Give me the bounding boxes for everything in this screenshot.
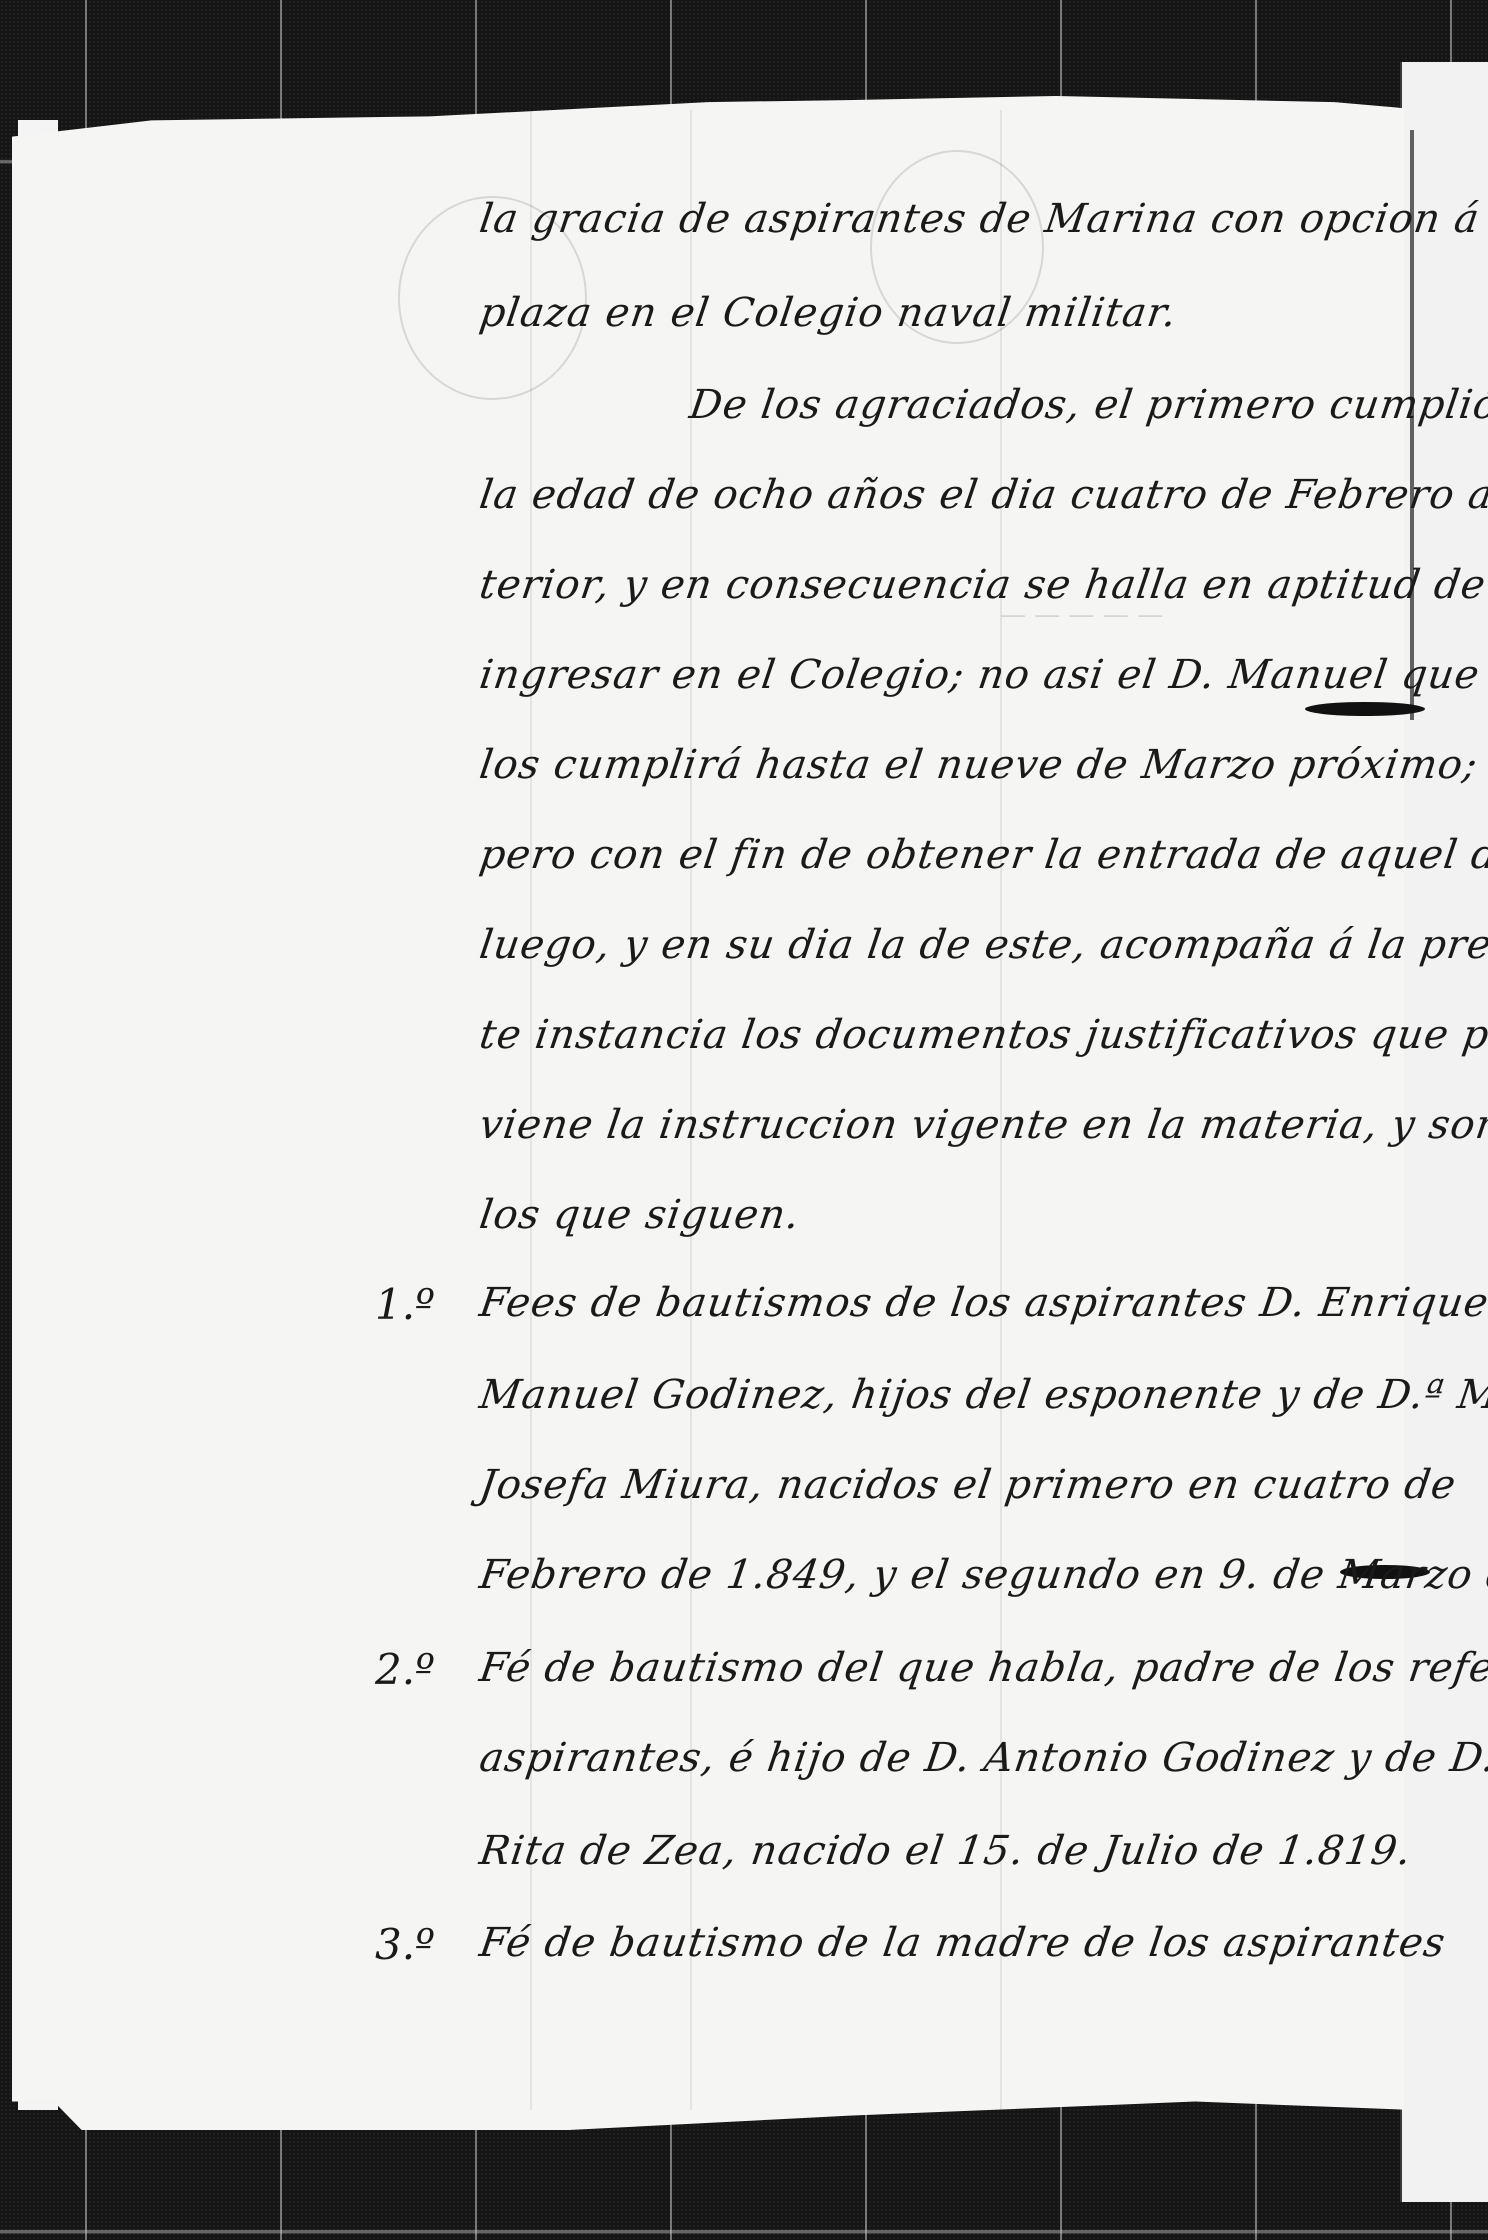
text-line: viene la instruccion vigente en la mater… [477, 1102, 1383, 1148]
item-number: 1.º [375, 1280, 435, 1329]
text-line: la gracia de aspirantes de Marina con op… [477, 196, 1383, 242]
text-line: los que siguen. [477, 1192, 1383, 1238]
text-line: la edad de ocho años el dia cuatro de Fe… [477, 472, 1383, 518]
text-line: Febrero de 1.849, y el segundo en 9. de … [477, 1552, 1383, 1598]
paper-tear [1305, 702, 1425, 716]
paragraph-start-line: De los agraciados, el primero cumplió [687, 382, 1488, 428]
text-line: Rita de Zea, nacido el 15. de Julio de 1… [477, 1828, 1383, 1874]
text-line: pero con el fin de obtener la entrada de… [477, 832, 1383, 878]
text-line: terior, y en consecuencia se halla en ap… [477, 562, 1383, 608]
text-line: Fees de bautismos de los aspirantes D. E… [477, 1280, 1383, 1326]
text-line: te instancia los documentos justificativ… [477, 1012, 1383, 1058]
text-line: plaza en el Colegio naval militar. [477, 290, 1383, 336]
text-line: Fé de bautismo de la madre de los aspira… [477, 1920, 1383, 1966]
item-number: 3.º [375, 1920, 435, 1969]
text-line: Manuel Godinez, hijos del esponente y de… [477, 1372, 1383, 1418]
text-line: ingresar en el Colegio; no asi el D. Man… [477, 652, 1383, 698]
text-line: luego, y en su dia la de este, acompaña … [477, 922, 1383, 968]
text-line: Josefa Miura, nacidos el primero en cuat… [477, 1462, 1383, 1508]
text-line: Fé de bautismo del que habla, padre de l… [477, 1645, 1383, 1691]
text-line: aspirantes, é hijo de D. Antonio Godinez… [477, 1735, 1383, 1781]
item-number: 2.º [375, 1645, 435, 1694]
text-line: los cumplirá hasta el nueve de Marzo pró… [477, 742, 1383, 788]
